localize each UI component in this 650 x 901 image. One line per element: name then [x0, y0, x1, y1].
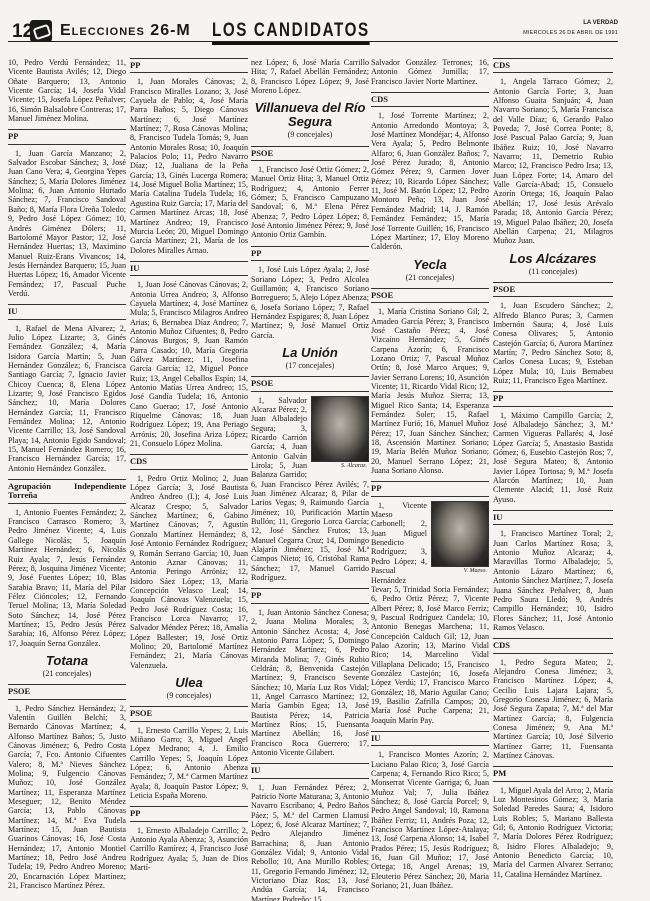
party-heading-pp: PP: [251, 246, 369, 261]
candidate-photo-figure: V. Maeso.: [431, 501, 489, 576]
party-heading-cds: CDS: [371, 92, 489, 107]
candidate-list-iu: 1, Juan José Cánovas Cánovas; 2, Antonia…: [130, 280, 248, 448]
party-heading-pp: PP: [8, 129, 126, 144]
party-heading-psoe: PSOE: [130, 706, 248, 721]
candidate-list-cds: 1, Pedro Ortiz Molino; 2, Juan López Gar…: [130, 474, 248, 670]
party-heading-pp-ulea: PP: [130, 806, 248, 821]
party-heading-psoe: PSOE: [8, 684, 126, 699]
party-heading-ait: Agrupación Independiente Torreña: [8, 479, 126, 504]
candidate-list-pp: 1, Máximo Campillo García; 2, José Albal…: [493, 411, 613, 504]
column-2: PP 1, Juan Morales Cánovas; 2, Francisco…: [130, 58, 248, 872]
issue-date: MIERCOLES 26 DE ABRIL DE 1991: [523, 30, 618, 36]
candidate-list-iu: 1, Francisco Martínez Toral; 2, Juan Car…: [493, 529, 613, 632]
party-heading-pm: PM: [493, 766, 613, 781]
seat-count-totana: (21 concejales): [8, 669, 126, 678]
party-heading-iu: IU: [130, 261, 248, 276]
candidate-list-continued: nez López; 6, José María Carrillo Hita; …: [251, 58, 369, 95]
candidate-list-continued: 10, Pedro Verdú Fernández; 11, Vicente B…: [8, 58, 126, 123]
party-heading-psoe: PSOE: [371, 288, 489, 303]
candidate-list-iu: 1, Juan Fernández Pérez; 2, Patricio Nor…: [251, 783, 369, 901]
town-heading-totana: Totana: [8, 654, 126, 668]
party-heading-pp: PP: [130, 58, 248, 73]
masthead: 12 Elecciones 26-M LOS CANDIDATOS LA VER…: [8, 20, 618, 42]
candidate-list-pp: 1, Juan García Manzano; 2, Salvador Esco…: [8, 149, 126, 299]
town-heading-villanueva: Villanueva del Río Segura: [251, 101, 369, 129]
candidate-list-psoe: 1, María Cristina Soriano Gil; 2, Amadeo…: [371, 307, 489, 475]
column-1: 10, Pedro Verdú Fernández; 11, Vicente B…: [8, 58, 126, 891]
party-heading-pp-la-union: PP: [251, 588, 369, 603]
party-heading-cds-alcazares: CDS: [493, 638, 613, 653]
candidate-list-psoe: 1, Juan Escudero Sánchez; 2, Alfredo Bla…: [493, 301, 613, 385]
seat-count-yecla: (21 concejales): [371, 273, 489, 282]
page-title: LOS CANDIDATOS: [212, 20, 370, 45]
candidate-list-psoe: 1, Francisco José Ortiz Gómez; 2, Manuel…: [251, 165, 369, 240]
newspaper-name: LA VERDAD: [583, 20, 618, 26]
party-heading-psoe: PSOE: [493, 282, 613, 297]
candidate-list-ait: 1, Antonio Fuentes Fernández; 2, Francis…: [8, 508, 126, 648]
candidate-list-psoe: 1, Ernesto Carrillo Yepes; 2, Luis Miñan…: [130, 726, 248, 801]
candidate-photo: [431, 501, 489, 567]
candidate-list-pp: 1, Juan Morales Cánovas; 2, Francisco Mi…: [130, 77, 248, 255]
candidate-list-cds: 1, Angela Tarraco Gómez; 2, Antonio Garc…: [493, 77, 613, 245]
seat-count-villanueva: (9 concejales): [251, 130, 369, 139]
candidate-list-pp-la-union: 1, Juan Antonio Sánchez Conesa; 2, Juana…: [251, 608, 369, 758]
town-heading-la-union: La Unión: [251, 346, 369, 360]
column-4: Salvador González Terrones; 16, Antonio …: [371, 58, 489, 891]
party-heading-iu: IU: [251, 763, 369, 778]
town-heading-los-alcazares: Los Alcázares: [493, 252, 613, 266]
photo-caption: S. Alcaraz.: [311, 462, 369, 471]
party-heading-pp: PP: [371, 481, 489, 496]
candidate-list-pp: 1, José Luis López Ayala; 2, José Sorian…: [251, 265, 369, 340]
photo-caption: V. Maeso.: [431, 567, 489, 576]
newspaper-page: 12 Elecciones 26-M LOS CANDIDATOS LA VER…: [0, 0, 650, 901]
party-heading-pp: PP: [493, 391, 613, 406]
candidate-list-psoe: 1, Pedro Sánchez Hernández; 2, Valentín …: [8, 704, 126, 891]
candidate-photo: [311, 396, 369, 462]
party-heading-psoe: PSOE: [251, 146, 369, 161]
party-heading-iu: IU: [8, 304, 126, 319]
candidate-list-iu: 1, Francisco Montes Azorín; 2, Luciano P…: [371, 750, 489, 890]
town-heading-ulea: Ulea: [130, 676, 248, 690]
party-heading-iu: IU: [493, 510, 613, 525]
party-heading-cds: CDS: [130, 454, 248, 469]
candidate-list-cds: 1, José Torrente Martínez; 2, Antonio Ar…: [371, 111, 489, 251]
candidate-list-cds-alcazares: 1, Pedro Segura Mateo; 2, Alejandro Cone…: [493, 658, 613, 761]
candidate-photo-figure: S. Alcaraz.: [311, 396, 369, 471]
candidate-list-continued: Salvador González Terrones; 16, Antonio …: [371, 58, 489, 86]
party-heading-cds: CDS: [493, 58, 613, 73]
candidate-list-pm: 1, Miguel Ayala del Arco; 2, María Luz M…: [493, 786, 613, 879]
town-heading-yecla: Yecla: [371, 258, 489, 272]
seat-count-ulea: (9 concejales): [130, 691, 248, 700]
seat-count-los-alcazares: (11 concejales): [493, 267, 613, 276]
candidate-list-pp-ulea: 1, Ernesto Albaladejo Carrillo; 2, Anton…: [130, 826, 248, 873]
seat-count-la-union: (17 concejales): [251, 361, 369, 370]
ballot-box-icon: [30, 20, 52, 42]
candidate-list-iu: 1, Rafael de Mena Alvarez; 2, Julio Lópe…: [8, 324, 126, 474]
section-title: Elecciones 26-M: [60, 22, 191, 40]
party-heading-psoe-la-union: PSOE: [251, 376, 369, 391]
column-5: CDS 1, Angela Tarraco Gómez; 2, Antonio …: [493, 58, 613, 879]
column-3: nez López; 6, José María Carrillo Hita; …: [251, 58, 369, 901]
party-heading-iu: IU: [371, 731, 489, 746]
